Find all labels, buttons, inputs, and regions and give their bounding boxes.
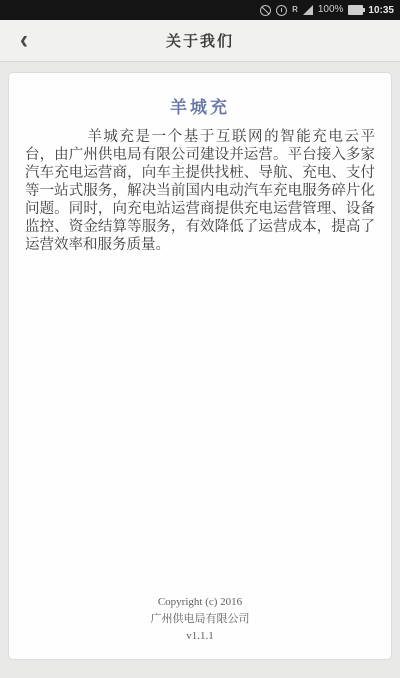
- battery-icon: [348, 5, 363, 15]
- version-line: v1.1.1: [9, 628, 391, 644]
- about-card: 羊城充 羊城充是一个基于互联网的智能充电云平台，由广州供电局有限公司建设并运营。…: [8, 72, 392, 660]
- back-chevron-icon: ‹: [20, 18, 28, 64]
- mute-icon: [260, 5, 271, 16]
- company-line: 广州供电局有限公司: [9, 611, 391, 627]
- alarm-icon: [276, 5, 287, 16]
- page-title: 关于我们: [0, 30, 400, 51]
- copyright-line: Copyright (c) 2016: [9, 594, 391, 610]
- app-screen: R 100% 10:35 ‹ 关于我们 羊城充 羊城充是一个基于互联网的智能充电…: [0, 0, 400, 678]
- about-paragraph: 羊城充是一个基于互联网的智能充电云平台，由广州供电局有限公司建设并运营。平台接入…: [9, 128, 391, 254]
- status-time: 10:35: [368, 5, 394, 16]
- nav-bar: ‹ 关于我们: [0, 20, 400, 62]
- status-bar: R 100% 10:35: [0, 0, 400, 20]
- back-button[interactable]: ‹: [6, 20, 42, 62]
- footer: Copyright (c) 2016 广州供电局有限公司 v1.1.1: [9, 593, 391, 645]
- roaming-icon: R: [292, 0, 298, 20]
- battery-percent: 100%: [318, 0, 344, 20]
- app-name-heading: 羊城充: [9, 93, 391, 118]
- signal-icon: [303, 5, 313, 15]
